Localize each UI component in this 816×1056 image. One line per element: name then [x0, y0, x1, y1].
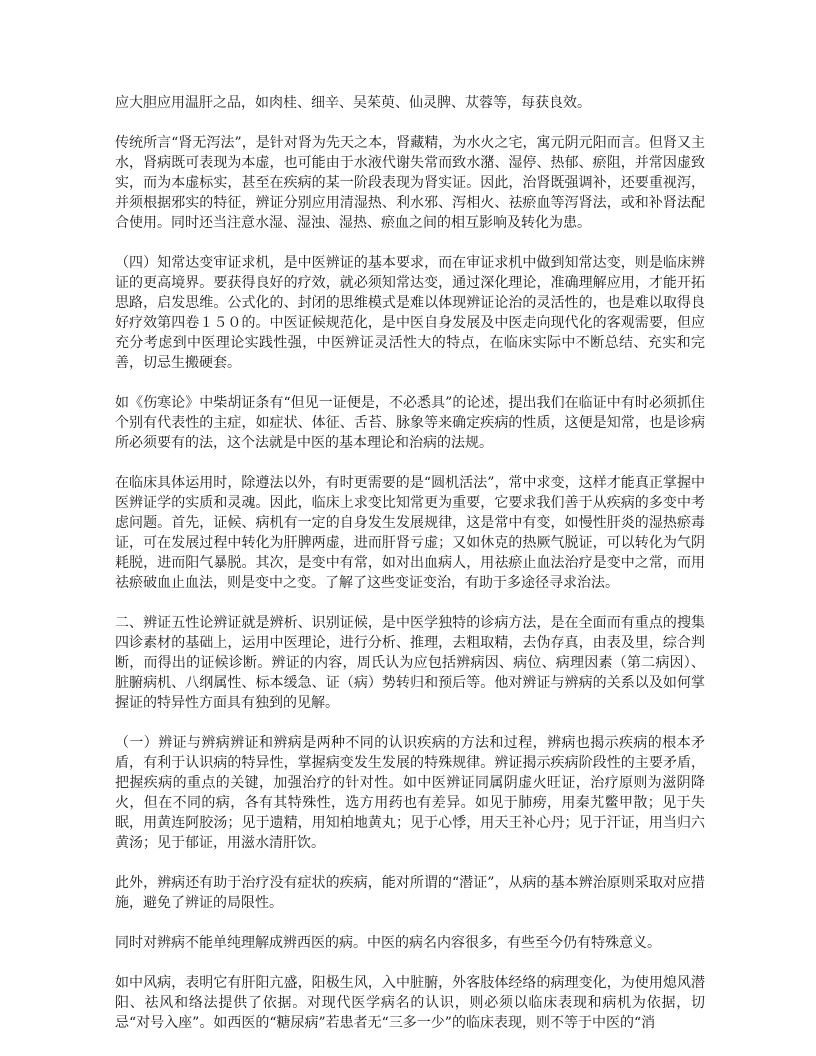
paragraph-syndrome-vs-disease: （一）辨证与辨病辨证和辨病是两种不同的认识疾病的方法和过程，辨病也揭示疾病的根本… [115, 733, 705, 853]
paragraph-know-constant-adapt: （四）知常达变审证求机，是中医辨证的基本要求，而在审证求机中做到知常达变，则是临… [115, 253, 705, 373]
paragraph-five-natures: 二、辨证五性论辨证就是辨析、识别证候，是中医学独特的诊病方法，是在全面而有重点的… [115, 613, 705, 713]
paragraph-kidney-purging: 传统所言“肾无泻法”，是针对肾为先天之本，肾藏精，为水火之宅，寓元阴元阳而言。但… [115, 133, 705, 233]
document-page: 应大胆应用温肝之品，如肉桂、细辛、吴茱萸、仙灵脾、苁蓉等，每获良效。 传统所言“… [115, 93, 705, 1053]
paragraph-shanghan-lun: 如《伤寒论》中柴胡证条有“但见一证便是，不必悉具”的论述，提出我们在临证中有时必… [115, 393, 705, 453]
paragraph-disease-names: 同时对辨病不能单纯理解成辨西医的病。中医的病名内容很多，有些至今仍有特殊意义。 [115, 933, 705, 953]
paragraph-latent-syndrome: 此外，辨病还有助于治疗没有症状的疾病，能对所谓的“潜证”，从病的基本辨治原则采取… [115, 873, 705, 913]
paragraph-warming-liver: 应大胆应用温肝之品，如肉桂、细辛、吴茱萸、仙灵脾、苁蓉等，每获良效。 [115, 93, 705, 113]
paragraph-stroke-example: 如中风病，表明它有肝阳亢盛，阳极生风，入中脏腑，外客肢体经络的病理变化，为使用熄… [115, 973, 705, 1033]
paragraph-clinical-flexibility: 在临床具体运用时，除遵法以外，有时更需要的是“圆机活法”，常中求变，这样才能真正… [115, 473, 705, 593]
